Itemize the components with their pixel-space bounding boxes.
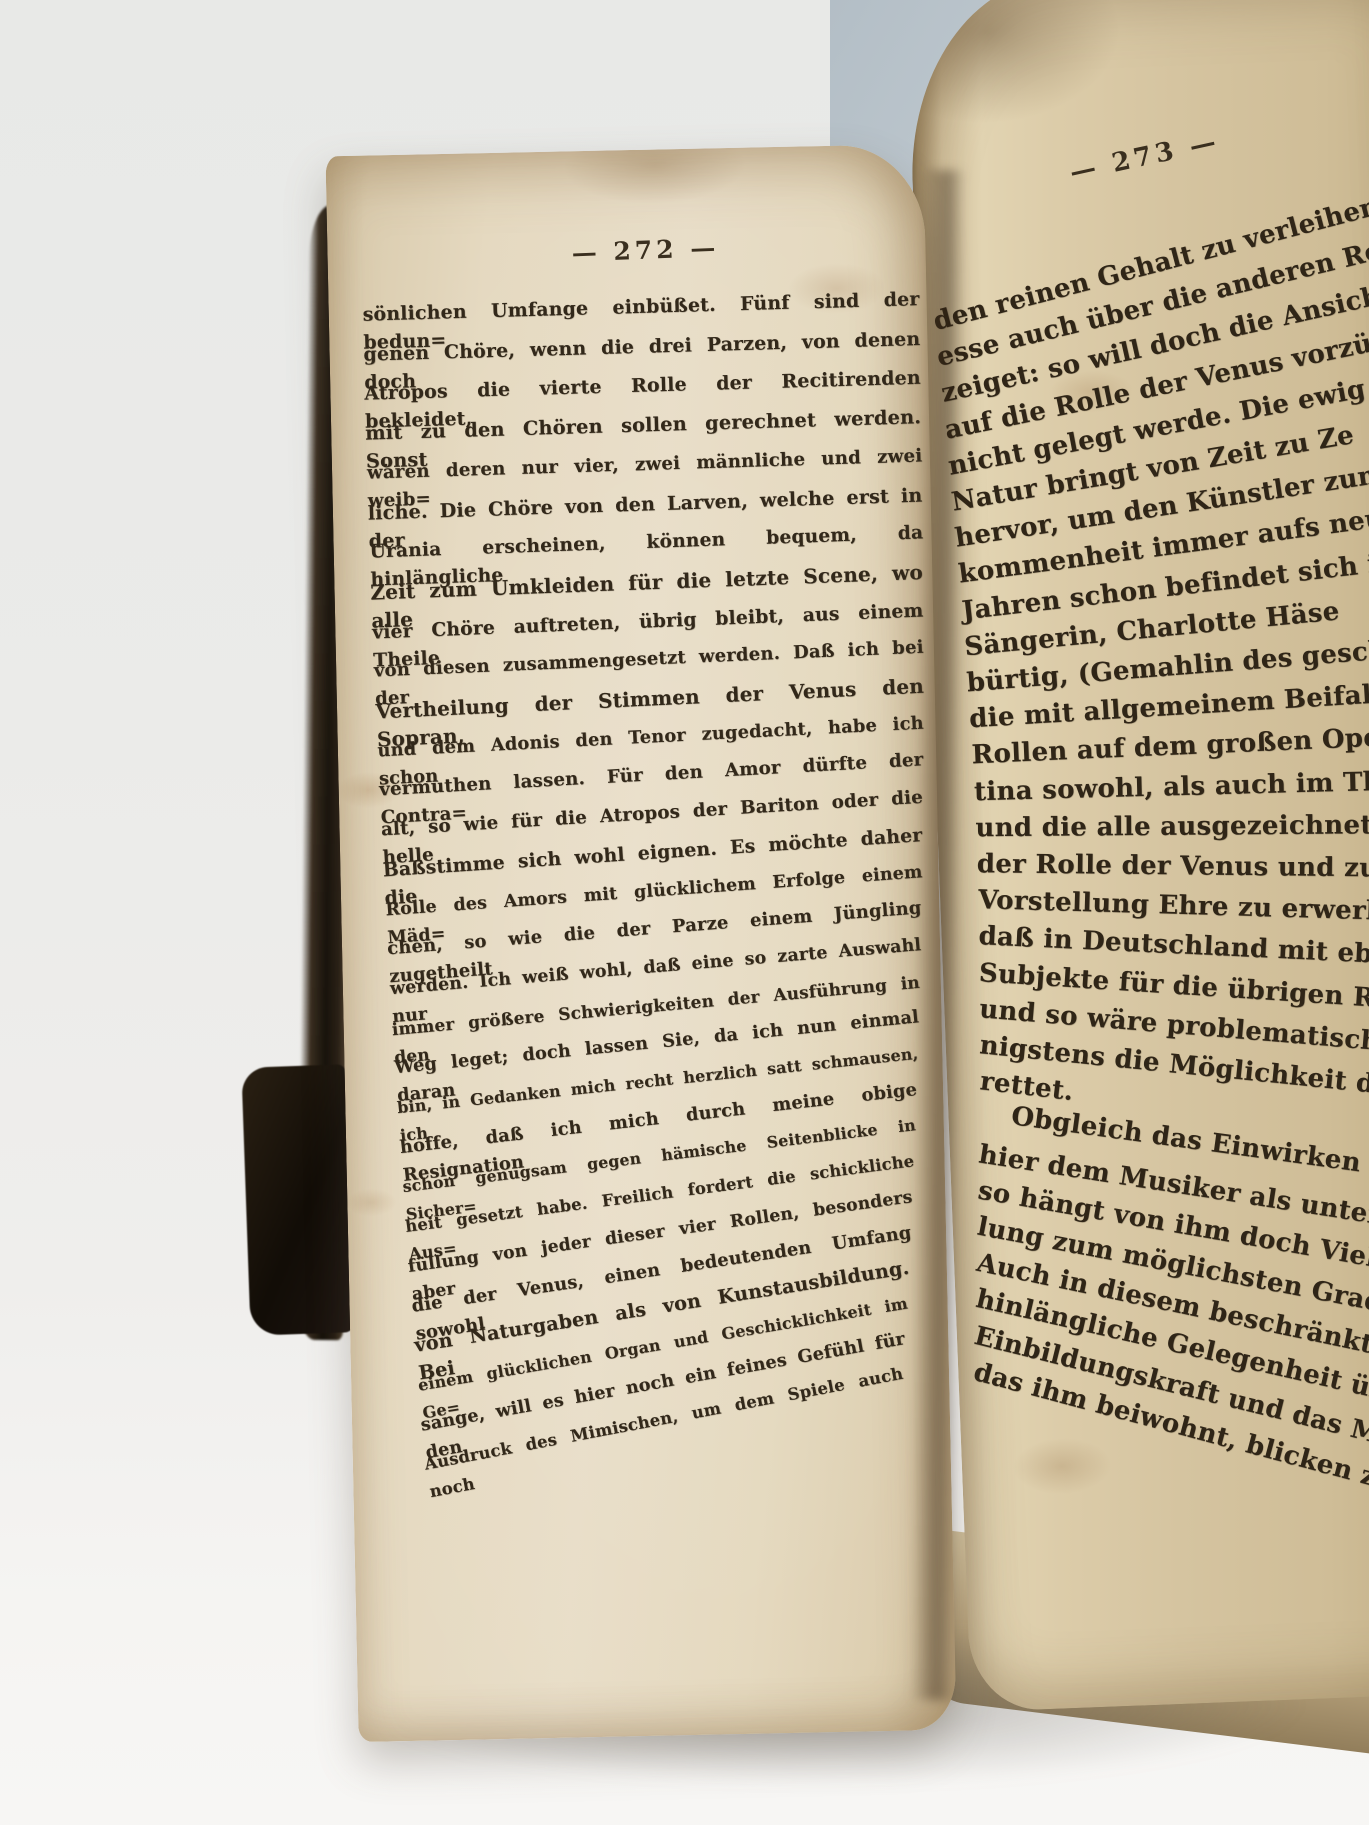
open-book-photo: — 273 — den reinen Gehalt zu verleihen;e… [0, 0, 1369, 1825]
right-page-text-line: und die alle ausgezeichnete Eigen [975, 809, 1369, 843]
book-cover-edge [241, 1064, 354, 1335]
left-page: — 272 — sönlichen Umfange einbüßet. Fünf… [325, 144, 956, 1742]
right-page-text-line: rettet. [978, 1067, 1075, 1108]
left-page-text-block: sönlichen Umfange einbüßet. Fünf sind de… [325, 144, 956, 1742]
right-page-text-block: den reinen Gehalt zu verleihen;esse auch… [905, 0, 1369, 1712]
right-page-text-line: Vorstellung Ehre zu erwerben. [977, 885, 1369, 928]
right-page-text-line: tina sowohl, als auch im Theater [973, 765, 1369, 807]
right-page-text-line: der Rolle der Venus und zuglei [977, 849, 1369, 884]
right-page: — 273 — den reinen Gehalt zu verleihen;e… [905, 0, 1369, 1712]
